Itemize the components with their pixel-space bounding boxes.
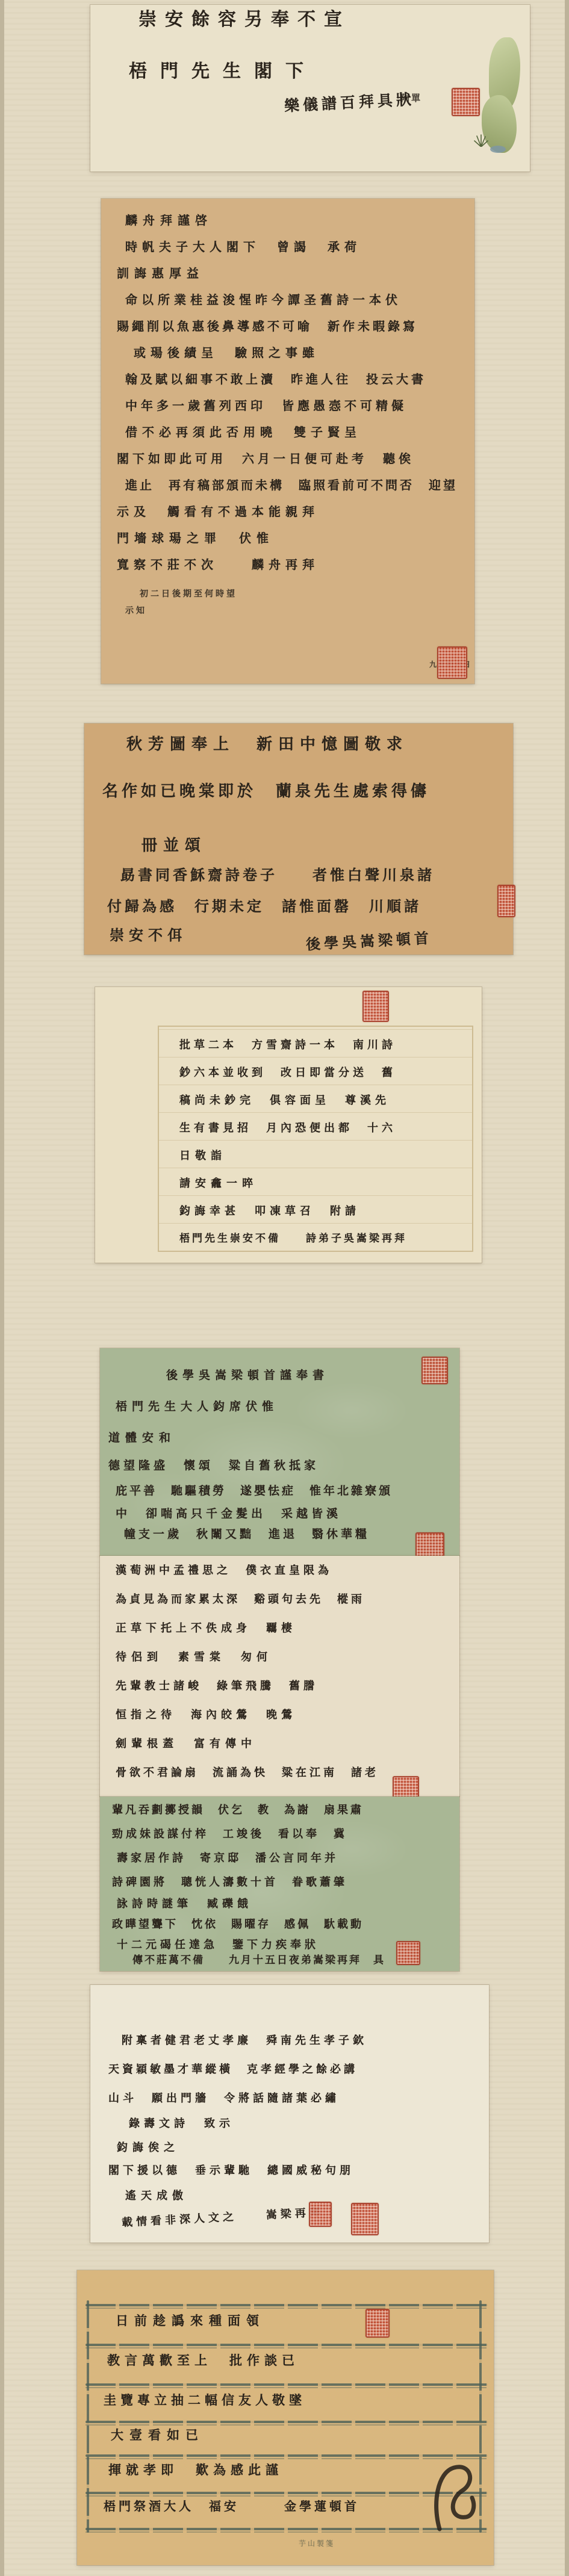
collector-seal-stamp — [396, 1941, 420, 1965]
calligraphy-row: 後學吳嵩梁頓首謹奉書 — [166, 1370, 329, 1381]
collector-seal-stamp — [309, 2202, 332, 2227]
collector-seal-stamp — [452, 88, 480, 116]
calligraphy-row: 骨欲不君論扇 流誦為快 粱在江南 諸老 — [116, 1768, 379, 1779]
calligraphy-row: 附單 — [401, 94, 421, 103]
scroll-mount: { "artwork": { "kind": "mounted scroll o… — [0, 0, 569, 2576]
bamboo-rule-border — [87, 2300, 89, 2533]
letter-panel-letter-5a: 後學吳嵩梁頓首謹奉書梧門先生大人鈞席伏惟道體安和德望隆盛 懷頌 粱自舊秋抵家庇平… — [100, 1348, 459, 1556]
collector-seal-stamp — [415, 1532, 444, 1559]
calligraphy-row: 勗書同香穌齋詩卷子 者惟白聲川泉諸 — [120, 868, 435, 882]
calligraphy-row: 訓誨惠厚益 — [117, 267, 204, 279]
letter-panel-letter-4: 批草二本 方雪齋詩一本 南川詩鈔六本並收到 改日即當分送 舊稿尚未鈔完 俱容面呈… — [95, 987, 482, 1263]
calligraphy-row: 遙天成傲 — [125, 2191, 188, 2202]
bamboo-rule-line — [86, 2421, 488, 2423]
calligraphy-row: 門墻球瑒之罪 伏惟 — [117, 532, 274, 544]
collector-seal-stamp — [421, 1357, 448, 1384]
calligraphy-row: 生有書見招 月內恐便出都 十六 — [179, 1123, 396, 1134]
calligraphy-row: 日敬詣 — [179, 1151, 226, 1162]
calligraphy-row: 漢萄洲中孟禮思之 僕衣直皇限為 — [116, 1565, 332, 1576]
letter-panel-letter-5c: 輩凡吞劃擲授韻 伏乞 教 為謝 扇果肅勁成妹設謀付梓 工竣後 看以奉 冀壽家居作… — [100, 1797, 459, 1971]
calligraphy-row: 鈞誨俟之 — [117, 2143, 179, 2153]
bamboo-rule-line — [86, 2304, 488, 2306]
calligraphy-row: 先輩教士諸峻 綠筆飛騰 舊謄 — [116, 1681, 318, 1692]
calligraphy-row: 教言萬歡至上 批作談已 — [107, 2355, 299, 2367]
papermaker-mark: 芋山製箋 — [299, 2540, 335, 2547]
calligraphy-row: 庇平善 馳驅積勞 遂嬰怯症 惟年北雜寮頒 — [116, 1485, 393, 1497]
calligraphy-row: 冊並頌 — [141, 838, 207, 853]
letter-panel-letter-3: 秋芳圖奉上 新田中憶圖敬求名作如已晚棠即於 蘭泉先生處索得儔冊並頌勗書同香穌齋詩… — [84, 723, 513, 955]
calligraphy-row: 輩凡吞劃擲授韻 伏乞 教 為謝 扇果肅 — [112, 1805, 364, 1816]
calligraphy-row: 鈔六本並收到 改日即當分送 舊 — [179, 1068, 396, 1079]
calligraphy-row: 請安龕一晬 — [179, 1178, 258, 1189]
calligraphy-row: 圭覽專立抽二幅信友人敬墜 — [104, 2394, 306, 2407]
calligraphy-row: 閣下援以德 垂示輩馳 總國威秘句朋 — [108, 2166, 354, 2176]
calligraphy-row: 樂儀譜百拜具狀 — [284, 91, 415, 113]
calligraphy-row: 十二元碣任達急 鑒下力疾奉狀 — [117, 1940, 319, 1951]
calligraphy-row: 初二日後期至何時望 — [140, 590, 237, 598]
calligraphy-row: 政曄望聾下 忱依 賜曜存 感佩 馱載動 — [112, 1919, 364, 1930]
calligraphy-row: 秋芳圖奉上 新田中憶圖敬求 — [126, 737, 408, 752]
calligraphy-row: 附稟者健君老丈孝廉 舜南先生孝子欽 — [122, 2036, 367, 2046]
calligraphy-row: 借不必再須此否用曉 雙子賢呈 — [125, 426, 361, 438]
calligraphy-row: 名作如已晚棠即於 蘭泉先生處索得儔 — [102, 784, 430, 799]
calligraphy-row: 載情看非深人文之 嵩梁再拜 — [122, 2207, 324, 2229]
calligraphy-row: 大壹看如已 — [111, 2429, 204, 2442]
calligraphy-row: 示知 — [125, 607, 147, 615]
bamboo-rule-line — [86, 2383, 488, 2386]
calligraphy-row: 勁成妹設謀付梓 工竣後 看以奉 冀 — [112, 1829, 347, 1840]
calligraphy-row: 劍輩根蓋 富有傳中 — [116, 1739, 257, 1750]
calligraphy-row: 稿尚未鈔完 俱容面呈 尊溪先 — [179, 1095, 390, 1106]
calligraphy-row: 閣下如即此可用 六月一日便可赴考 聽俟 — [117, 453, 414, 465]
calligraphy-row: 為貞見為而家累太深 谿頭句去先 樅雨 — [116, 1594, 365, 1605]
calligraphy-row: 批草二本 方雪齋詩一本 南川詩 — [179, 1040, 396, 1051]
calligraphy-row: 幢支一歲 秋闈又黜 進退 翳休華糧 — [124, 1529, 370, 1540]
bamboo-rule-line — [86, 2528, 488, 2530]
calligraphy-row: 賜繩削以魚惠後鼻導感不可喻 新作未暇錄寫 — [117, 320, 418, 332]
letter-panel-letter-1: 崇安餘容另奉不宣梧門先生閣下樂儀譜百拜具狀附單 — [90, 5, 530, 172]
bamboo-rule-line — [86, 2344, 488, 2346]
bamboo-rule-line — [86, 2492, 488, 2494]
calligraphy-row: 中年多一歲舊列西印 皆應愚悫不可精儗 — [125, 400, 407, 412]
calligraphy-row: 付歸為感 行期未定 諸惟面罄 川順諸 — [107, 899, 421, 914]
letter-panel-letter-7: 日前趁譌來種面領教言萬歡至上 批作談已圭覽專立抽二幅信友人敬墜大壹看如已揮就孝即… — [77, 2270, 494, 2565]
calligraphy-row: 詠詩時謎筆 臧礫餓 — [117, 1899, 252, 1910]
calligraphy-row: 麟舟拜謹啓 — [125, 214, 213, 226]
calligraphy-row: 日前趁譌來種面領 — [116, 2315, 265, 2327]
collector-seal-stamp — [437, 646, 467, 679]
calligraphy-row: 正草下托上不佚成身 覊棲 — [116, 1623, 296, 1634]
collector-seal-stamp — [497, 885, 515, 917]
collector-seal-stamp — [362, 991, 389, 1022]
stationery-border-frame — [158, 1026, 473, 1252]
collector-seal-stamp — [351, 2203, 379, 2235]
painted-grass-tuft — [473, 134, 489, 147]
bamboo-rule-border — [479, 2300, 482, 2533]
calligraphy-row: 揮就孝即 歎為感此謹 — [108, 2464, 283, 2477]
calligraphy-row: 崇安不佴 — [110, 928, 187, 943]
calligraphy-row: 梧門先生閣下 — [129, 63, 317, 81]
calligraphy-row: 恒指之待 海內皎鶯 晚鶯 — [116, 1710, 296, 1721]
letter-panel-letter-2: 麟舟拜謹啓時帆夫子大人閣下 曾謁 承荷訓誨惠厚益命以所業桂益浚惺昨今譚圣舊詩一本… — [101, 199, 474, 684]
calligraphy-row: 梧門祭酒大人 福安 金學蓮頓首 — [104, 2500, 359, 2512]
calligraphy-row: 梧門先生崇安不備 詩弟子吳嵩梁再拜 — [179, 1234, 407, 1244]
calligraphy-row: 壽家居作詩 寄京邸 潘公言同年并 — [117, 1853, 338, 1864]
calligraphy-row: 錄壽文詩 致示 — [129, 2119, 234, 2129]
letter-panel-letter-5b: 漢萄洲中孟禮思之 僕衣直皇限為為貞見為而家累太深 谿頭句去先 樅雨正草下托上不佚… — [100, 1556, 459, 1797]
calligraphy-row: 中 卻喘高只千金髮出 采越皆溪 — [116, 1508, 341, 1520]
calligraphy-row: 德望隆盛 懷頌 粱自舊秋抵家 — [108, 1460, 319, 1472]
calligraphy-row: 崇安餘容另奉不宣 — [138, 11, 350, 29]
calligraphy-row: 後學吳嵩梁頓首 — [306, 931, 433, 952]
letter-panel-letter-6: 附稟者健君老丈孝廉 舜南先生孝子欽天資穎敏墨才華縱橫 克孝經學之餘必講山斗 願出… — [90, 1985, 489, 2243]
calligraphy-row: 山斗 願出門牆 令將話隨諸葉必繡 — [108, 2093, 340, 2104]
calligraphy-row: 示及 觸看有不過本能親拜 — [117, 506, 319, 518]
calligraphy-row: 梧門先生大人鈞席伏惟 — [116, 1401, 278, 1413]
calligraphy-row: 詩碑園將 聰恍人濤數十首 眷歌蕭肇 — [112, 1877, 347, 1888]
calligraphy-row: 傳不莊萬不備 九月十五日夜弟嵩梁再拜 具 — [132, 1955, 385, 1966]
calligraphy-row: 命以所業桂益浚惺昨今譚圣舊詩一本伏 — [125, 294, 402, 306]
collector-seal-stamp — [365, 2309, 390, 2338]
calligraphy-row: 寬察不莊不次 麟舟再拜 — [117, 559, 319, 571]
calligraphy-row: 天資穎敏墨才華縱橫 克孝經學之餘必講 — [108, 2064, 358, 2075]
calligraphy-row: 待侶到 素雪棠 匆何 — [116, 1652, 272, 1663]
calligraphy-row: 鈞誨幸甚 叩凍草召 附請 — [179, 1206, 360, 1217]
calligraphy-row: 道體安和 — [108, 1432, 176, 1444]
bamboo-rule-line — [86, 2454, 488, 2457]
calligraphy-row: 翰及賦以細事不敢上瀆 昨進人往 投云大書 — [125, 373, 426, 385]
calligraphy-row: 時帆夫子大人閣下 曾謁 承荷 — [125, 241, 361, 253]
painted-pebble — [490, 146, 506, 153]
calligraphy-row: 進止 再有稿部頒而未構 臨照看前可不問否 迎望 — [125, 479, 458, 491]
signature-flourish — [431, 2462, 479, 2531]
calligraphy-row: 或瑒後績呈 驗照之事雖 — [134, 347, 319, 359]
